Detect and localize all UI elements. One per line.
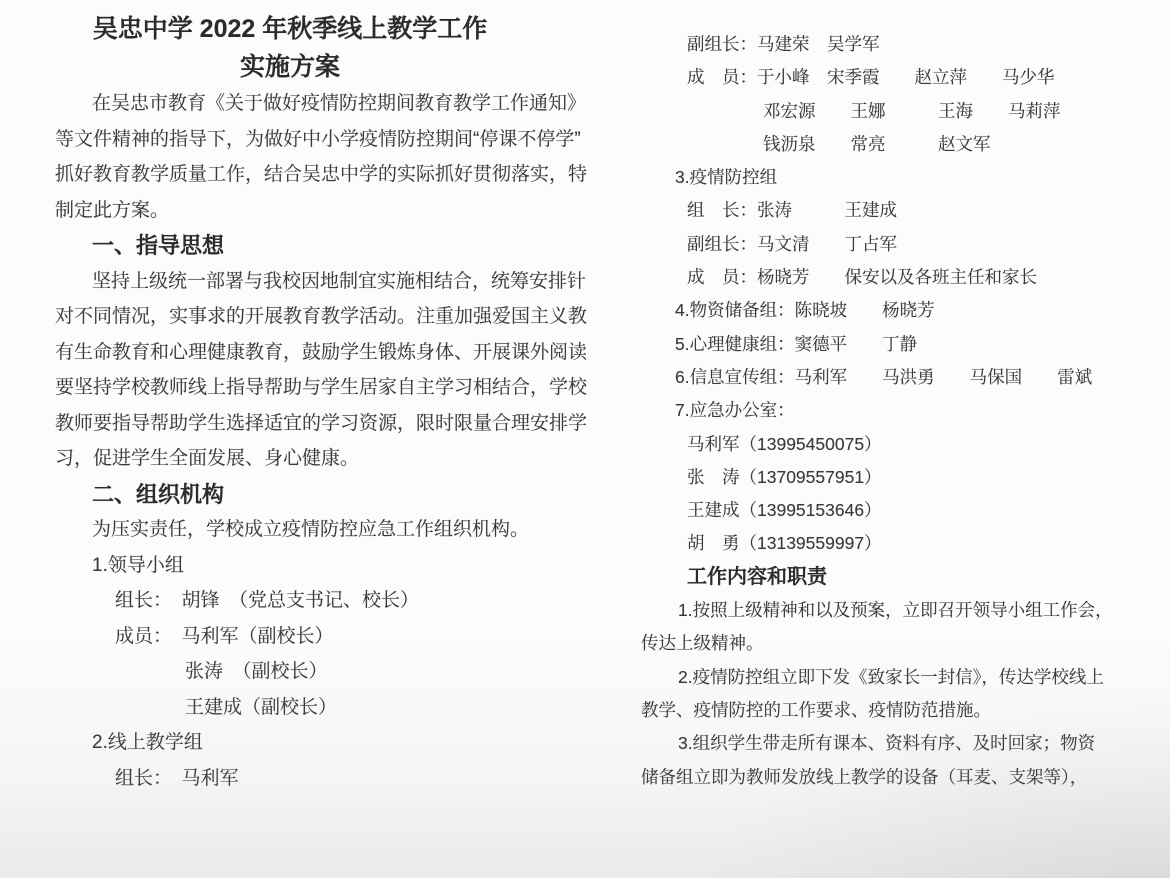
text-line: 组 长：张涛 王建成 <box>641 194 1116 227</box>
text-line: 4.物资储备组：陈晓坡 杨晓芳 <box>641 294 1116 327</box>
text-line: 胡 勇（13139559997） <box>641 527 1116 560</box>
text-line: 副组长：马文清 丁占军 <box>641 228 1116 261</box>
text-line: 在吴忠市教育《关于做好疫情防控期间教育教学工作通知》 <box>55 86 580 122</box>
text-line: 对不同情况，实事求的开展教育教学活动。注重加强爱国主义教 <box>55 299 580 335</box>
text-line: 要坚持学校教师线上指导帮助与学生居家自主学习相结合，学校 <box>55 370 580 406</box>
text-line: 马利军（13995450075） <box>641 428 1116 461</box>
text-line: 张涛 （副校长） <box>55 654 580 690</box>
text-line: 教师要指导帮助学生选择适宜的学习资源，限时限量合理安排学 <box>55 406 580 442</box>
text-line: 传达上级精神。 <box>641 627 1116 660</box>
text-line: 制定此方案。 <box>55 193 580 229</box>
text-line: 2.疫情防控组立即下发《致家长一封信》，传达学校线上 <box>641 661 1116 694</box>
text-line: 吴忠中学 2022 年秋季线上教学工作 <box>55 10 525 48</box>
text-line: 等文件精神的指导下，为做好中小学疫情防控期间“停课不停学” <box>55 122 580 158</box>
text-line: 储备组立即为教师发放线上教学的设备（耳麦、支架等）， <box>641 761 1116 794</box>
text-line: 3.组织学生带走所有课本、资料有序、及时回家；物资 <box>641 727 1116 760</box>
document-page: 吴忠中学 2022 年秋季线上教学工作实施方案在吴忠市教育《关于做好疫情防控期间… <box>0 0 1170 878</box>
text-line: 组长： 胡锋 （党总支书记、校长） <box>55 583 580 619</box>
text-line: 有生命教育和心理健康教育，鼓励学生锻炼身体、开展课外阅读 <box>55 335 580 371</box>
text-line: 坚持上级统一部署与我校因地制宜实施相结合，统筹安排针 <box>55 264 580 300</box>
text-line: 2.线上教学组 <box>55 725 580 761</box>
text-line: 抓好教育教学质量工作，结合吴忠中学的实际抓好贯彻落实，特 <box>55 157 580 193</box>
text-line: 成 员：杨晓芳 保安以及各班主任和家长 <box>641 261 1116 294</box>
text-line: 工作内容和职责 <box>641 561 1116 594</box>
text-line: 二、组织机构 <box>55 477 580 513</box>
text-line: 王建成（13995153646） <box>641 494 1116 527</box>
text-line: 5.心理健康组：窦德平 丁静 <box>641 328 1116 361</box>
left-page-column: 吴忠中学 2022 年秋季线上教学工作实施方案在吴忠市教育《关于做好疫情防控期间… <box>55 10 580 796</box>
text-line: 组长： 马利军 <box>55 761 580 797</box>
text-line: 1.领导小组 <box>55 548 580 584</box>
text-line: 成员： 马利军（副校长） <box>55 619 580 655</box>
text-line: 成 员：于小峰 宋季霞 赵立萍 马少华 <box>641 61 1116 94</box>
text-line: 习，促进学生全面发展、身心健康。 <box>55 441 580 477</box>
right-page-column: 副组长：马建荣 吴学军成 员：于小峰 宋季霞 赵立萍 马少华邓宏源 王娜 王海 … <box>641 28 1116 794</box>
text-line: 钱沥泉 常亮 赵文军 <box>641 128 1116 161</box>
text-line: 张 涛（13709557951） <box>641 461 1116 494</box>
text-line: 副组长：马建荣 吴学军 <box>641 28 1116 61</box>
text-line: 1.按照上级精神和以及预案，立即召开领导小组工作会， <box>641 594 1116 627</box>
text-line: 为压实责任，学校成立疫情防控应急工作组织机构。 <box>55 512 580 548</box>
text-line: 实施方案 <box>55 48 525 86</box>
text-line: 邓宏源 王娜 王海 马莉萍 <box>641 95 1116 128</box>
text-line: 教学、疫情防控的工作要求、疫情防范措施。 <box>641 694 1116 727</box>
text-line: 7.应急办公室： <box>641 394 1116 427</box>
text-line: 3.疫情防控组 <box>641 161 1116 194</box>
text-line: 6.信息宣传组：马利军 马洪勇 马保国 雷斌 <box>641 361 1116 394</box>
text-line: 一、指导思想 <box>55 228 580 264</box>
text-line: 王建成（副校长） <box>55 690 580 726</box>
